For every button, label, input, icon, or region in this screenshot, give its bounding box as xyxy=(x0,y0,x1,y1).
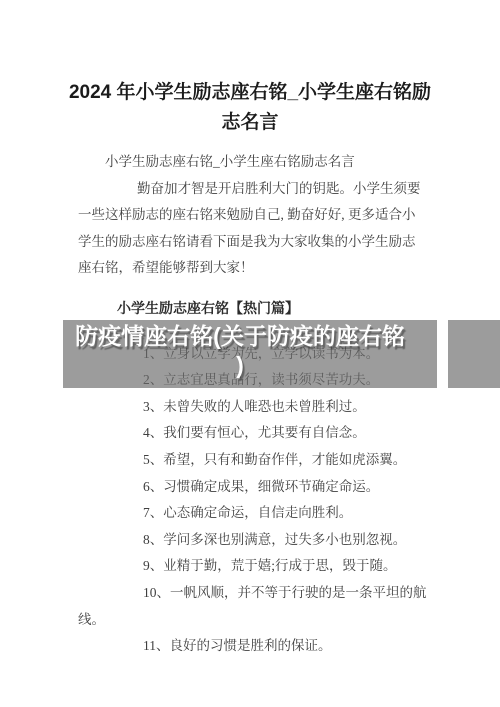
list-item: 11、良好的习惯是胜利的保证。 xyxy=(78,633,438,660)
page-title: 2024 年小学生励志座右铭_小学生座右铭励 志名言 xyxy=(30,78,470,138)
page-title-line-2: 志名言 xyxy=(30,108,470,138)
watermark-caption-line-2: ) xyxy=(30,351,450,380)
list-item: 10、一帆风顺，并不等于行驶的是一条平坦的航线。 xyxy=(78,580,438,633)
page-title-line-1: 2024 年小学生励志座右铭_小学生座右铭励 xyxy=(30,78,470,108)
page-subtitle: 小学生励志座右铭_小学生座右铭励志名言 xyxy=(105,149,500,176)
list-item: 7、心态确定命运，自信走向胜利。 xyxy=(78,500,438,527)
watermark-caption: 防疫情座右铭(关于防疫的座右铭 ) xyxy=(30,322,450,380)
paragraph-line: 一些这样励志的座右铭来勉励自己, 勤奋好好, 更多适合小 xyxy=(78,202,430,229)
list-item: 3、未曾失败的人唯恐也未曾胜利过。 xyxy=(78,394,438,421)
list-item: 8、学问多深也别满意，过失多小也别忽视。 xyxy=(78,527,438,554)
list-item: 6、习惯确定成果，细微环节确定命运。 xyxy=(78,474,438,501)
motto-list: 1、立身以立学为先，立学以读书为本。 2、立志宜思真品行，读书须尽苦功夫。 3、… xyxy=(78,341,438,660)
watermark-overlay-band-right xyxy=(448,320,500,388)
paragraph-line: 学生的励志座右铭请看下面是我为大家收集的小学生励志 xyxy=(78,229,430,256)
watermark-caption-line-1: 防疫情座右铭(关于防疫的座右铭 xyxy=(30,322,450,351)
list-item: 9、业精于勤，荒于嬉;行成于思，毁于随。 xyxy=(78,553,438,580)
list-item: 4、我们要有恒心，尤其要有自信念。 xyxy=(78,420,438,447)
paragraph-line: 勤奋加才智是开启胜利大门的钥匙。小学生须要 xyxy=(78,176,430,203)
list-item: 5、希望，只有和勤奋作伴，才能如虎添翼。 xyxy=(78,447,438,474)
intro-paragraph: 勤奋加才智是开启胜利大门的钥匙。小学生须要 一些这样励志的座右铭来勉励自己, 勤… xyxy=(78,176,430,282)
paragraph-line: 座右铭，希望能够帮到大家！ xyxy=(78,255,430,282)
